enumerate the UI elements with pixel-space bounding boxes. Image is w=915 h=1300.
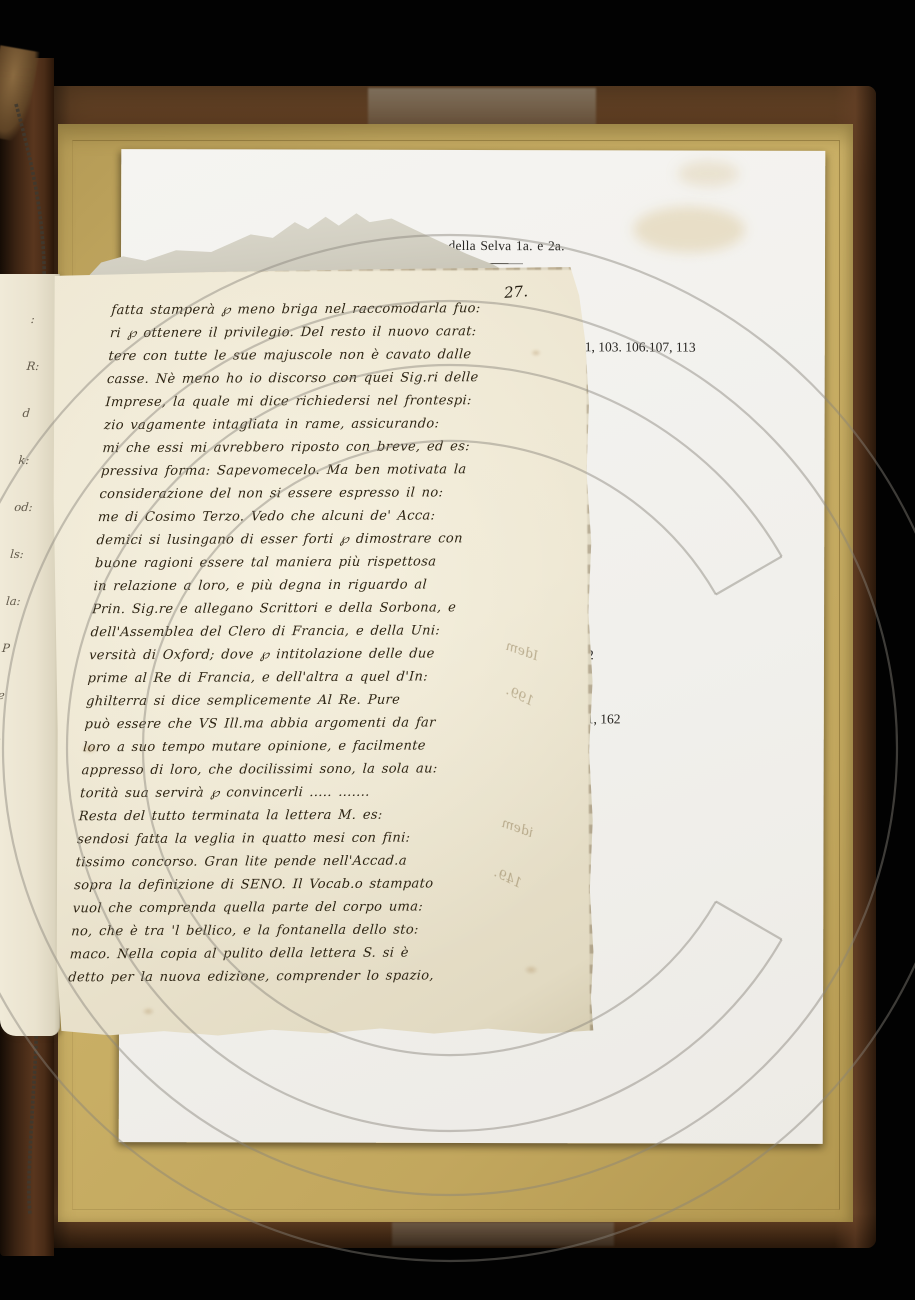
manuscript-line: maco. Nella copia al pulito della letter… xyxy=(69,941,494,966)
manuscript-line: dell'Assemblea del Clero di Francia, e d… xyxy=(90,619,515,644)
manuscript-line: in relazione a loro, e più degna in rigu… xyxy=(93,573,518,598)
printed-index-numbers: 1, 162 xyxy=(587,711,621,727)
manuscript-line: buone ragioni essere tal maniera più ris… xyxy=(94,550,519,575)
line-ending-fragment: : xyxy=(29,296,59,343)
line-ending-fragment: P xyxy=(0,625,30,672)
manuscript-line: versità di Oxford; dove ℘ intitolazione … xyxy=(88,642,513,667)
line-ending-fragment: k: xyxy=(16,437,46,484)
line-ending-fragment: : xyxy=(0,766,18,813)
manuscript-page: 27. fatta stamperà ℘ meno briga nel racc… xyxy=(52,265,596,1040)
line-ending-fragment: R: xyxy=(25,343,55,390)
manuscript-line: sopra la definizione di SENO. Il Vocab.o… xyxy=(73,872,498,897)
line-ending-fragment: h: xyxy=(0,860,9,907)
manuscript-line: no, che è tra 'l bellico, e la fontanell… xyxy=(70,918,495,943)
manuscript-line: fatta stamperà ℘ meno briga nel raccomod… xyxy=(111,297,536,322)
line-ending-fragment: ? xyxy=(0,719,22,766)
line-ending-fragment: la: xyxy=(4,578,34,625)
bleed-through-note: idem xyxy=(499,816,535,841)
leaf-stack-line-endings: :R:dk:od:ls:la:Pe?:t:h:is:k xyxy=(0,296,59,1001)
paper-stain xyxy=(633,206,745,252)
manuscript-line: Imprese, la quale mi dice richiedersi ne… xyxy=(105,389,530,414)
manuscript-line: Resta del tutto terminata la lettera M. … xyxy=(78,803,503,828)
manuscript-line: mi che essi mi avrebbero riposto con bre… xyxy=(102,435,527,460)
manuscript-line: vuol che comprenda quella parte del corp… xyxy=(72,895,497,920)
manuscript-line: loro a suo tempo mutare opinione, e faci… xyxy=(82,734,507,759)
manuscript-line: tissimo concorso. Gran lite pende nell'A… xyxy=(75,849,500,874)
manuscript-line: prime al Re di Francia, e dell'altra a q… xyxy=(87,665,512,690)
line-ending-fragment: t: xyxy=(0,813,14,860)
manuscript-line: ghilterra si dice semplicemente Al Re. P… xyxy=(85,688,510,713)
paper-stain xyxy=(677,161,739,187)
manuscript-leaf-stack: :R:dk:od:ls:la:Pe?:t:h:is:k xyxy=(0,274,60,1036)
manuscript-line: Prin. Sig.re e allegano Scrittori e dell… xyxy=(91,596,516,621)
foxing-spot xyxy=(524,965,539,975)
manuscript-line: pressiva forma: Sapevomecelo. Ma ben mot… xyxy=(100,458,525,483)
foxing-spot xyxy=(530,349,541,357)
manuscript-line: sendosi fatta la veglia in quatto mesi c… xyxy=(76,826,501,851)
manuscript-line: zio vagamente intagliata in rame, assicu… xyxy=(103,412,528,437)
worn-patch-bottom xyxy=(392,1222,614,1246)
manuscript-line: ri ℘ ottenere il privilegio. Del resto i… xyxy=(109,320,534,345)
photograph-of-manuscript-book: Indice della Selva 1a. e 2a. 1, 103. 106… xyxy=(0,0,915,1300)
line-ending-fragment: k xyxy=(0,954,1,1001)
manuscript-line: appresso di loro, che docilissimi sono, … xyxy=(81,757,506,782)
manuscript-line: torità sua servirà ℘ convincerli ..... .… xyxy=(79,780,504,805)
line-ending-fragment: od: xyxy=(12,484,42,531)
line-ending-fragment: d xyxy=(21,390,51,437)
manuscript-handwritten-text: fatta stamperà ℘ meno briga nel raccomod… xyxy=(68,297,537,989)
line-ending-fragment: e xyxy=(0,672,26,719)
line-ending-fragment: ls: xyxy=(8,531,38,578)
manuscript-line: me di Cosimo Terzo. Vedo che alcuni de' … xyxy=(97,504,522,529)
manuscript-line: può essere che VS Ill.ma abbia argomenti… xyxy=(84,711,509,736)
foxing-spot xyxy=(142,1007,155,1016)
printed-index-numbers: 1, 103. 106.107, 113 xyxy=(585,339,696,355)
line-ending-fragment: is: xyxy=(0,907,5,954)
manuscript-line: demici si lusingano di esser forti ℘ dim… xyxy=(96,527,521,552)
worn-patch-top xyxy=(368,88,596,126)
manuscript-line: detto per la nuova edizione, comprender … xyxy=(68,964,493,989)
manuscript-line: considerazione del non si essere espress… xyxy=(99,481,524,506)
foxing-spot xyxy=(80,743,98,754)
manuscript-line: tere con tutte le sue majuscole non è ca… xyxy=(108,343,533,368)
manuscript-line: casse. Nè meno ho io discorso con quei S… xyxy=(106,366,531,391)
